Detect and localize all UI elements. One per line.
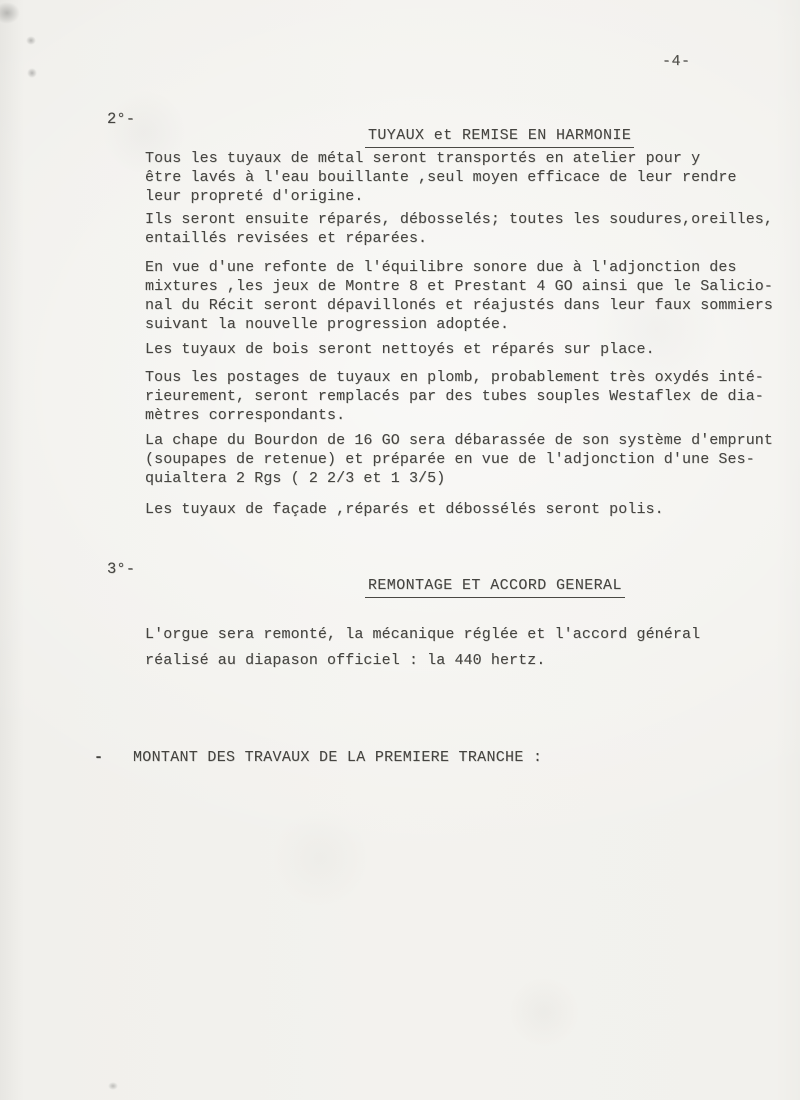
paragraph-repairs: Ils seront ensuite réparés, débosselés; …	[145, 210, 773, 248]
section-2-heading: TUYAUX et REMISE EN HARMONIE	[365, 107, 634, 148]
paragraph-facade-pipes: Les tuyaux de façade ,réparés et débossé…	[145, 500, 664, 519]
paragraph-wood-pipes: Les tuyaux de bois seront nettoyés et ré…	[145, 340, 655, 359]
pencil-mark	[27, 68, 37, 78]
section-2-number: 2°-	[107, 110, 135, 129]
section-2-title: TUYAUX et REMISE EN HARMONIE	[365, 126, 634, 148]
scan-speck	[108, 1082, 118, 1090]
section-3-heading: REMONTAGE ET ACCORD GENERAL	[365, 557, 625, 598]
footer-montant-line: MONTANT DES TRAVAUX DE LA PREMIERE TRANC…	[133, 748, 542, 767]
paragraph-bourdon-chape: La chape du Bourdon de 16 GO sera débara…	[145, 431, 773, 488]
paragraph-remontage: L'orgue sera remonté, la mécanique réglé…	[145, 622, 700, 674]
pencil-mark	[26, 36, 36, 45]
scanned-document-page: -4- 2°- TUYAUX et REMISE EN HARMONIE Tou…	[0, 0, 800, 1100]
scan-edge-blot	[0, 2, 20, 24]
section-3-title: REMONTAGE ET ACCORD GENERAL	[365, 576, 625, 598]
section-3-number: 3°-	[107, 560, 135, 579]
footer-dash: -	[94, 748, 102, 767]
paragraph-lead-postages: Tous les postages de tuyaux en plomb, pr…	[145, 368, 764, 425]
page-number: -4-	[662, 52, 691, 71]
paragraph-metal-pipes: Tous les tuyaux de métal seront transpor…	[145, 149, 737, 206]
paragraph-refonte-equilibre: En vue d'une refonte de l'équilibre sono…	[145, 258, 773, 334]
